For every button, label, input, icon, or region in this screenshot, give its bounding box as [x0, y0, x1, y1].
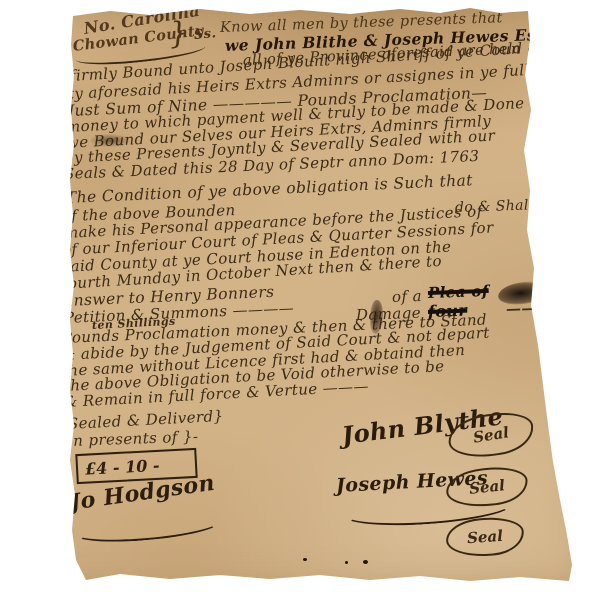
manuscript-paper: No. Carolina Chowan County } Ss. Know al…	[0, 0, 600, 600]
scan-background: No. Carolina Chowan County } Ss. Know al…	[0, 0, 600, 600]
seal-label: Seal	[468, 476, 505, 498]
ink-smudge	[90, 134, 130, 147]
ink-speck	[363, 560, 368, 564]
attestation-line: in presents of }-	[68, 429, 199, 449]
heading-ss-abbreviation: Ss.	[193, 27, 216, 42]
amount-value: £4 - 10 -	[85, 455, 160, 478]
manuscript-line-fragment: of a	[392, 289, 422, 305]
ink-speck	[303, 558, 307, 561]
ink-speck	[345, 561, 348, 564]
seal-flourish: Seal	[445, 515, 525, 558]
struck-out-text: Plea of	[428, 284, 489, 301]
seal-label: Seal	[472, 423, 510, 446]
signature-flourish	[73, 510, 221, 547]
seal-label: Seal	[467, 527, 504, 547]
ink-blot	[497, 280, 549, 306]
